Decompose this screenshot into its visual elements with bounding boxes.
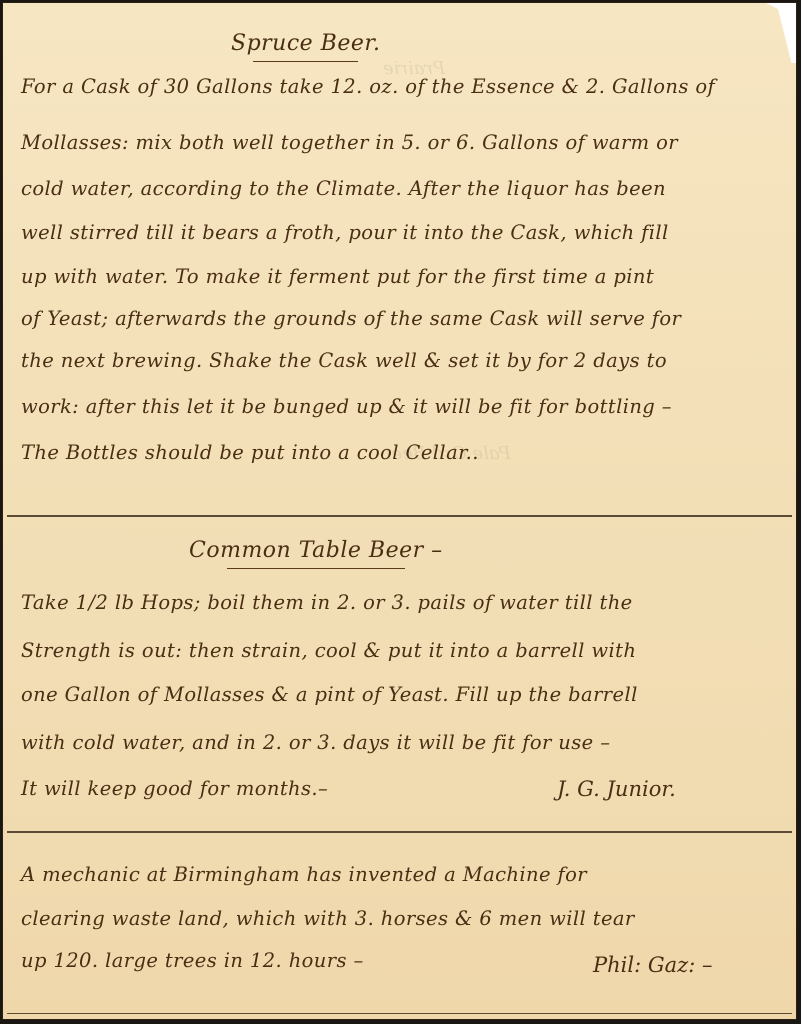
text-line: A mechanic at Birmingham has invented a … xyxy=(21,863,784,886)
text-line: It will keep good for months.– xyxy=(21,777,328,800)
text-line: Take 1/2 lb Hops; boil them in 2. or 3. … xyxy=(21,591,784,614)
text-line: work: after this let it be bunged up & i… xyxy=(21,395,784,418)
text-line: the next brewing. Shake the Cask well & … xyxy=(21,349,784,372)
signature-phil-gaz: Phil: Gaz: – xyxy=(593,953,712,977)
text-line: of Yeast; afterwards the grounds of the … xyxy=(21,307,784,330)
text-line: one Gallon of Mollasses & a pint of Yeas… xyxy=(21,683,784,706)
text-line: with cold water, and in 2. or 3. days it… xyxy=(21,731,784,754)
text-line: The Bottles should be put into a cool Ce… xyxy=(21,441,784,464)
section-title-common-table-beer: Common Table Beer – xyxy=(189,538,443,563)
text-line: For a Cask of 30 Gallons take 12. oz. of… xyxy=(21,75,784,98)
text-line: clearing waste land, which with 3. horse… xyxy=(21,907,784,930)
text-line: Strength is out: then strain, cool & put… xyxy=(21,639,784,662)
text-line: Mollasses: mix both well together in 5. … xyxy=(21,131,784,154)
bottom-rule xyxy=(7,1013,792,1014)
section-title-spruce-beer: Spruce Beer. xyxy=(231,31,380,56)
text-line: well stirred till it bears a froth, pour… xyxy=(21,221,784,244)
signature-jg-junior: J. G. Junior. xyxy=(557,777,676,801)
text-line: cold water, according to the Climate. Af… xyxy=(21,177,784,200)
section-divider xyxy=(7,515,792,517)
text-line: up with water. To make it ferment put fo… xyxy=(21,265,784,288)
torn-corner xyxy=(766,3,796,63)
section-divider xyxy=(7,831,792,833)
manuscript-page: Prairie Pale Ord Beer Spruce Beer. For a… xyxy=(2,2,797,1020)
text-line: up 120. large trees in 12. hours – xyxy=(21,949,364,972)
